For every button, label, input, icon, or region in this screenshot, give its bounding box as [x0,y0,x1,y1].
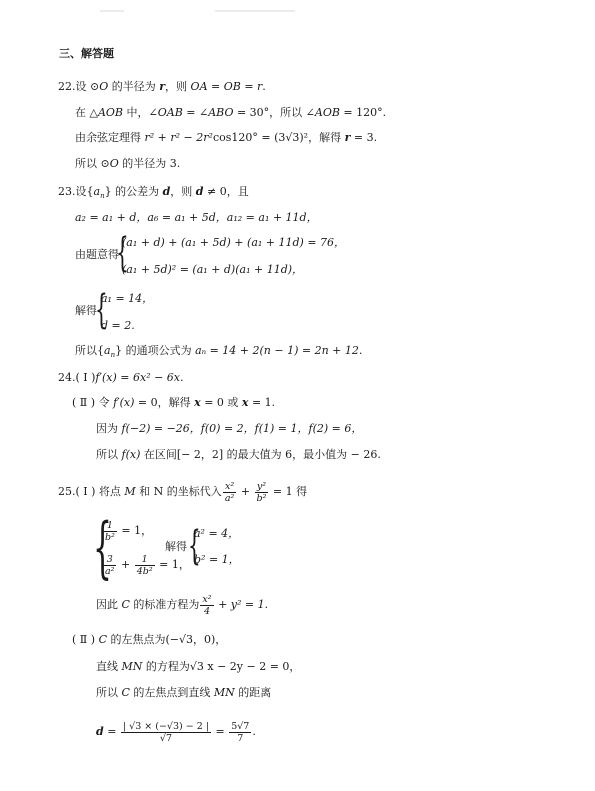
q25-part-2: ( Ⅱ ) C 的左焦点为(−√3，0)， [72,633,226,647]
q22-line-3: 由余弦定理得 r² + r² − 2r²cos120° = (3√3)²，解得 … [75,131,377,145]
question-number: 24. [58,371,76,384]
q23-solution-eq1: a₁ = 14， [101,292,153,306]
q24-part-2: ( Ⅱ ) 令 f′(x) = 0，解得 x = 0 或 x = 1. [72,396,275,410]
q23-system-eq2: (a₁ + 5d)² = (a₁ + d)(a₁ + 11d)， [122,263,303,277]
q25-part-1: 25.( Ⅰ ) 将点 M 和 N 的坐标代入x²a² + y²b² = 1 得 [58,479,307,505]
q25-line-mn: 直线 MN 的方程为√3 x − 2y − 2 = 0， [96,660,300,674]
q23-system-eq1: (a₁ + d) + (a₁ + 5d) + (a₁ + 11d) = 76， [122,236,345,250]
q25-solve-label: 解得 [165,540,187,554]
q25-system-eq2: 3a² + 14b² = 1， [102,552,190,578]
q22-line-4: 所以 ⊙O 的半径为 3. [75,157,180,171]
q24-line-3: 因为 f(−2) = −26，f(0) = 2，f(1) = 1，f(2) = … [96,422,362,436]
q22-line-1: 22.设 ⊙O 的半径为 r，则 OA = OB = r. [58,80,266,94]
q23-line-2: a₂ = a₁ + d，a₆ = a₁ + 5d，a₁₂ = a₁ + 11d， [75,211,318,225]
q23-line-1: 23.设{an} 的公差为 d，则 d ≠ 0，且 [58,185,249,199]
q23-system-label: 由题意得 [75,248,119,262]
question-number: 22. [58,80,76,93]
q24-line-4: 所以 f(x) 在区间[− 2，2] 的最大值为 6，最小值为 − 26. [96,448,381,462]
q25-distance-formula: d = | √3 × (−√3) − 2 |√7 = 5√77. [96,718,256,746]
scan-artifact [215,10,295,12]
q25-solution-eq2: b² = 1， [194,553,240,567]
q23-solution-eq2: d = 2. [101,319,135,333]
q25-solution-eq1: a² = 4， [194,527,239,541]
q25-system-eq1: 1b² = 1， [102,518,152,544]
question-number: 23. [58,185,76,198]
fraction: x²a² [223,481,236,504]
fraction: y²b² [255,481,269,504]
q23-solution-label: 解得 [75,304,97,318]
scan-artifact [100,10,124,12]
q22-line-2: 在 △AOB 中，∠OAB = ∠ABO = 30°，所以 ∠AOB = 120… [75,106,386,120]
q23-line-5: 所以{an} 的通项公式为 aₙ = 14 + 2(n − 1) = 2n + … [75,344,362,358]
q25-line-distance: 所以 C 的左焦点到直线 MN 的距离 [96,686,271,700]
q25-standard-equation: 因此 C 的标准方程为x²4 + y² = 1. [96,592,268,618]
q24-part-1: 24.( Ⅰ )f′(x) = 6x² − 6x. [58,371,184,385]
question-number: 25. [58,485,76,498]
section-heading: 三、解答题 [59,47,114,61]
